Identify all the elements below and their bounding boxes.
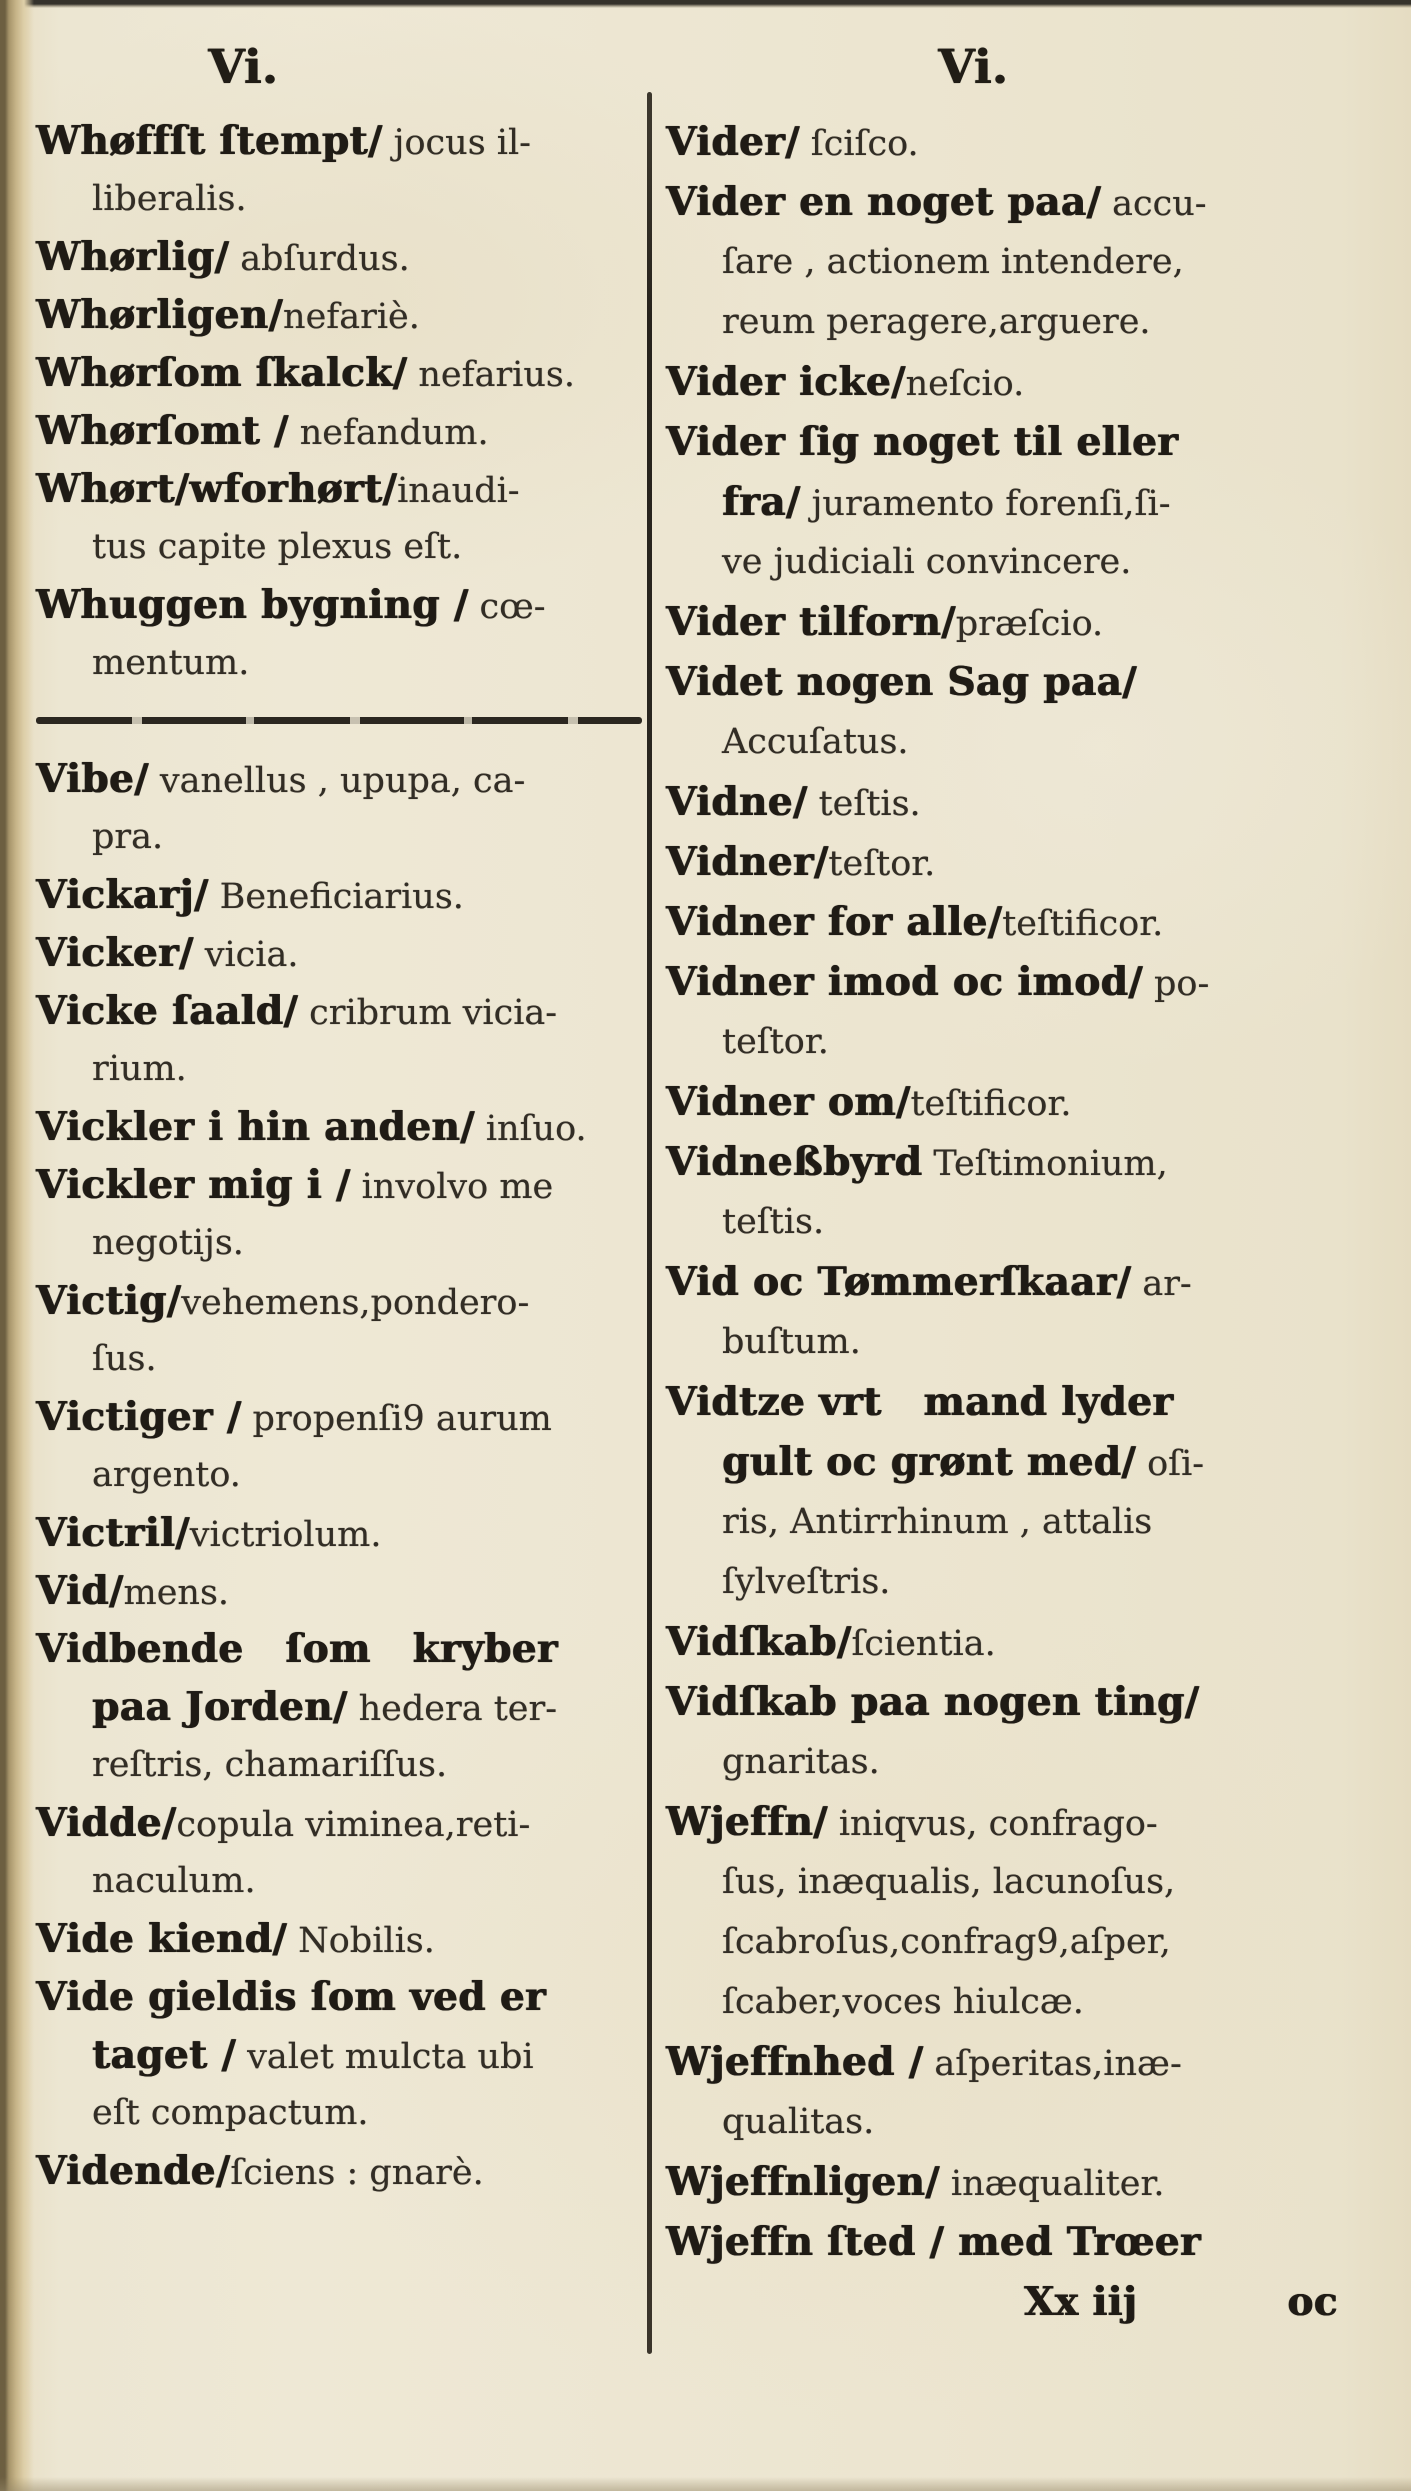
- entry-line: liberalis.: [36, 170, 642, 228]
- entry-line: Wjeffn/ iniqvus, confrago-: [666, 1792, 1406, 1852]
- entry-line: Vidner imod oc imod/ po-: [666, 952, 1406, 1012]
- entry-line: Wjeffnhed / aſperitas,inæ-: [666, 2032, 1406, 2092]
- entry-line: reſtris, chamariſſus.: [36, 1736, 642, 1794]
- latin-gloss-text: gnaritas.: [722, 1742, 880, 1782]
- entry-line: tus capite plexus eſt.: [36, 518, 642, 576]
- headword-text: Vidde/: [36, 1800, 176, 1846]
- latin-gloss-text: teſtificor.: [910, 1084, 1071, 1124]
- headword-text: Wjeffnligen/: [666, 2159, 940, 2205]
- entry-line: Vider ſig noget til eller: [666, 412, 1406, 472]
- entry-line: ſcabroſus,confrag9,aſper,: [666, 1912, 1406, 1972]
- latin-gloss-text: hedera ter-: [347, 1689, 557, 1729]
- headword-text: Wjeffnhed /: [666, 2039, 923, 2085]
- scan-top-edge: [0, 0, 1411, 8]
- entry-line: Whørſomt / nefandum.: [36, 402, 642, 460]
- entry-line: Whørlig/ abſurdus.: [36, 228, 642, 286]
- latin-gloss-text: nefariè.: [283, 297, 420, 337]
- entry-line: Whuggen bygning / cœ-: [36, 576, 642, 634]
- entry-line: gnaritas.: [666, 1732, 1406, 1792]
- headword-text: fra/: [722, 479, 800, 525]
- headword-text: Victig/: [36, 1278, 181, 1324]
- headword-text: Vidſkab/: [666, 1619, 851, 1665]
- latin-gloss-text: ris, Antirrhinum , attalis: [722, 1502, 1152, 1542]
- entry-line: naculum.: [36, 1852, 642, 1910]
- latin-gloss-text: jocus il-: [383, 123, 532, 163]
- headword-text: Vider en noget paa/: [666, 179, 1101, 225]
- latin-gloss-text: Beneficiarius.: [209, 877, 464, 917]
- headword-text: oc: [1287, 2279, 1338, 2325]
- entry-line: Vicker/ vicia.: [36, 924, 642, 982]
- entry-line: Wjeffnligen/ inæqualiter.: [666, 2152, 1406, 2212]
- headword-text: Vider/: [666, 119, 800, 165]
- entry-line: ſus, inæqualis, lacunoſus,: [666, 1852, 1406, 1912]
- latin-gloss-text: buſtum.: [722, 1322, 861, 1362]
- headword-text: Whørſom ſkalck/: [36, 350, 407, 396]
- headword-text: Vider tilforn/: [666, 599, 956, 645]
- latin-gloss-text: oſi-: [1136, 1444, 1204, 1484]
- entry-line: Whørſom ſkalck/ nefarius.: [36, 344, 642, 402]
- latin-gloss-text: teſtificor.: [1002, 904, 1163, 944]
- latin-gloss-text: teſtis.: [807, 784, 920, 824]
- entry-line: Vibe/ vanellus , upupa, ca-: [36, 750, 642, 808]
- entry-line: negotijs.: [36, 1214, 642, 1272]
- headword-text: Vidſkab paa nogen ting/: [666, 1679, 1199, 1725]
- latin-gloss-text: po-: [1143, 964, 1209, 1004]
- latin-gloss-text: præſcio.: [956, 604, 1103, 644]
- entry-line: rium.: [36, 1040, 642, 1098]
- entry-line: Vide kiend/ Nobilis.: [36, 1910, 642, 1968]
- latin-gloss-text: teſtor.: [722, 1022, 829, 1062]
- section-divider-rule: [36, 692, 642, 750]
- headword-text: Videt nogen Sag paa/: [666, 659, 1137, 705]
- entry-line: ſcaber,voces hiulcæ.: [666, 1972, 1406, 2032]
- entry-line: qualitas.: [666, 2092, 1406, 2152]
- latin-gloss-text: juramento forenſi,ſi-: [800, 484, 1170, 524]
- entry-line: Vickarj/ Beneficiarius.: [36, 866, 642, 924]
- latin-gloss-text: rium.: [92, 1049, 187, 1089]
- entry-line: Vickler mig i / involvo me: [36, 1156, 642, 1214]
- latin-gloss-text: Teſtimonium,: [922, 1144, 1168, 1184]
- entry-line: paa Jorden/ hedera ter-: [36, 1678, 642, 1736]
- left-column: Vi.Whøffſt ſtempt/ jocus il-liberalis.Wh…: [36, 36, 642, 2200]
- entry-line: pra.: [36, 808, 642, 866]
- headword-text: Vide kiend/: [36, 1916, 287, 1962]
- entry-line: taget / valet mulcta ubi: [36, 2026, 642, 2084]
- page-gutter-edge: [0, 0, 34, 2491]
- headword-text: Whørt/wforhørt/: [36, 466, 397, 512]
- latin-gloss-text: ar-: [1131, 1264, 1192, 1304]
- headword-text: Vid oc Tømmerſkaar/: [666, 1259, 1131, 1305]
- latin-gloss-text: liberalis.: [92, 179, 247, 219]
- latin-gloss-text: ſare , actionem intendere,: [722, 242, 1184, 282]
- headword-text: Vidende/: [36, 2148, 230, 2194]
- latin-gloss-text: teſtis.: [722, 1202, 824, 1242]
- latin-gloss-text: mens.: [124, 1573, 230, 1613]
- headword-text: Vider ſig noget til eller: [666, 419, 1178, 465]
- latin-gloss-text: cœ-: [468, 587, 545, 627]
- entry-line: Videt nogen Sag paa/: [666, 652, 1406, 712]
- headword-text: taget /: [92, 2032, 236, 2078]
- headword-text: Xx iij: [1024, 2279, 1137, 2325]
- latin-gloss-text: ſcientia.: [851, 1624, 995, 1664]
- latin-gloss-text: qualitas.: [722, 2102, 874, 2142]
- headword-text: Vidner om/: [666, 1079, 910, 1125]
- headword-text: Vicker/: [36, 930, 194, 976]
- running-head: Vi.: [666, 36, 1406, 112]
- latin-gloss-text: tus capite plexus eſt.: [92, 527, 462, 567]
- latin-gloss-text: mentum.: [92, 643, 249, 683]
- latin-gloss-text: Nobilis.: [287, 1921, 435, 1961]
- entry-line: Vider/ ſciſco.: [666, 112, 1406, 172]
- headword-text: Wjeffn/: [666, 1799, 828, 1845]
- scan-bottom-edge: [0, 2477, 1411, 2491]
- latin-gloss-text: nefarius.: [407, 355, 575, 395]
- headword-text: Victril/: [36, 1510, 190, 1556]
- entry-line: ve judiciali convincere.: [666, 532, 1406, 592]
- entry-line: Vider en noget paa/ accu-: [666, 172, 1406, 232]
- latin-gloss-text: vicia.: [194, 935, 299, 975]
- latin-gloss-text: teſtor.: [828, 844, 935, 884]
- entry-line: Accuſatus.: [666, 712, 1406, 772]
- latin-gloss-text: pra.: [92, 817, 163, 857]
- headword-text: Vidbende ſom kryber: [36, 1626, 558, 1672]
- headword-text: Wjeffn ſted / med Trœer: [666, 2219, 1201, 2265]
- headword-text: Whøffſt ſtempt/: [36, 118, 383, 164]
- latin-gloss-text: ſus, inæqualis, lacunoſus,: [722, 1862, 1175, 1902]
- signature-line: Xx iijoc: [666, 2272, 1406, 2332]
- entry-line: teſtis.: [666, 1192, 1406, 1252]
- entry-line: Vidtze vrt mand lyder: [666, 1372, 1406, 1432]
- latin-gloss-text: eſt compactum.: [92, 2093, 369, 2133]
- headword-text: Vidner/: [666, 839, 828, 885]
- headword-text: Vickarj/: [36, 872, 209, 918]
- headword-text: Vid/: [36, 1568, 124, 1614]
- latin-gloss-text: victriolum.: [190, 1515, 382, 1555]
- entry-line: teſtor.: [666, 1012, 1406, 1072]
- headword-text: Whørſomt /: [36, 408, 289, 454]
- entry-line: Victiger / propenſi9 aurum: [36, 1388, 642, 1446]
- latin-gloss-text: ſcaber,voces hiulcæ.: [722, 1982, 1084, 2022]
- entry-line: mentum.: [36, 634, 642, 692]
- entry-line: Victig/vehemens,pondero-: [36, 1272, 642, 1330]
- latin-gloss-text: iniqvus, confrago-: [828, 1804, 1158, 1844]
- headword-text: Vickler mig i /: [36, 1162, 350, 1208]
- latin-gloss-text: Accuſatus.: [722, 722, 909, 762]
- latin-gloss-text: cribrum vicia-: [298, 993, 557, 1033]
- entry-line: Vidſkab/ſcientia.: [666, 1612, 1406, 1672]
- latin-gloss-text: involvo me: [350, 1167, 553, 1207]
- entry-line: eſt compactum.: [36, 2084, 642, 2142]
- entry-line: Vid oc Tømmerſkaar/ ar-: [666, 1252, 1406, 1312]
- headword-text: Vidne/: [666, 779, 807, 825]
- latin-gloss-text: naculum.: [92, 1861, 256, 1901]
- entry-line: gult oc grønt med/ oſi-: [666, 1432, 1406, 1492]
- latin-gloss-text: inaudi-: [397, 471, 520, 511]
- headword-text: Whørlig/: [36, 234, 229, 280]
- latin-gloss-text: valet mulcta ubi: [236, 2037, 534, 2077]
- entry-line: Vidſkab paa nogen ting/: [666, 1672, 1406, 1732]
- entry-line: Vidneßbyrd Teſtimonium,: [666, 1132, 1406, 1192]
- entry-line: Vidbende ſom kryber: [36, 1620, 642, 1678]
- entry-line: Vidner om/teſtificor.: [666, 1072, 1406, 1132]
- headword-text: Vidner imod oc imod/: [666, 959, 1143, 1005]
- latin-gloss-text: aſperitas,inæ-: [923, 2044, 1181, 2084]
- entry-line: Wjeffn ſted / med Trœer: [666, 2212, 1406, 2272]
- latin-gloss-text: abſurdus.: [229, 239, 410, 279]
- latin-gloss-text: ſcabroſus,confrag9,aſper,: [722, 1922, 1171, 1962]
- latin-gloss-text: accu-: [1101, 184, 1207, 224]
- latin-gloss-text: vehemens,pondero-: [181, 1283, 529, 1323]
- headword-text: Vickler i hin anden/: [36, 1104, 475, 1150]
- book-page-scan: Vi.Whøffſt ſtempt/ jocus il-liberalis.Wh…: [0, 0, 1411, 2491]
- entry-line: ſare , actionem intendere,: [666, 232, 1406, 292]
- headword-text: Whuggen bygning /: [36, 582, 468, 628]
- right-column: Vi.Vider/ ſciſco.Vider en noget paa/ acc…: [666, 36, 1406, 2332]
- headword-text: Whørligen/: [36, 292, 283, 338]
- latin-gloss-text: ſciens : gnarè.: [230, 2153, 483, 2193]
- latin-gloss-text: propenſi9 aurum: [241, 1399, 551, 1439]
- entry-line: Vicke ſaald/ cribrum vicia-: [36, 982, 642, 1040]
- entry-line: ſus.: [36, 1330, 642, 1388]
- entry-line: Vid/mens.: [36, 1562, 642, 1620]
- entry-line: Whørligen/nefariè.: [36, 286, 642, 344]
- latin-gloss-text: ſylveſtris.: [722, 1562, 890, 1602]
- headword-text: Vidtze vrt mand lyder: [666, 1379, 1173, 1425]
- entry-line: Vickler i hin anden/ inſuo.: [36, 1098, 642, 1156]
- column-divider-rule: [647, 92, 652, 2354]
- latin-gloss-text: copula viminea,reti-: [176, 1805, 530, 1845]
- headword-text: Vidneßbyrd: [666, 1139, 922, 1185]
- entry-line: Vidner for alle/teſtificor.: [666, 892, 1406, 952]
- latin-gloss-text: negotijs.: [92, 1223, 244, 1263]
- latin-gloss-text: vanellus , upupa, ca-: [149, 761, 526, 801]
- headword-text: Vibe/: [36, 756, 149, 802]
- entry-line: Vidende/ſciens : gnarè.: [36, 2142, 642, 2200]
- headword-text: paa Jorden/: [92, 1684, 347, 1730]
- entry-line: argento.: [36, 1446, 642, 1504]
- entry-line: Vidde/copula viminea,reti-: [36, 1794, 642, 1852]
- latin-gloss-text: ve judiciali convincere.: [722, 542, 1131, 582]
- latin-gloss-text: inæqualiter.: [940, 2164, 1165, 2204]
- entry-line: Vider tilforn/præſcio.: [666, 592, 1406, 652]
- entry-line: buſtum.: [666, 1312, 1406, 1372]
- entry-line: Whørt/wforhørt/inaudi-: [36, 460, 642, 518]
- headword-text: Victiger /: [36, 1394, 241, 1440]
- entry-line: fra/ juramento forenſi,ſi-: [666, 472, 1406, 532]
- entry-line: Vidne/ teſtis.: [666, 772, 1406, 832]
- headword-text: Vider icke/: [666, 359, 906, 405]
- entry-line: Vidner/teſtor.: [666, 832, 1406, 892]
- latin-gloss-text: neſcio.: [906, 364, 1025, 404]
- headword-text: gult oc grønt med/: [722, 1439, 1136, 1485]
- entry-line: Vide gieldis ſom ved er: [36, 1968, 642, 2026]
- headword-text: Vide gieldis ſom ved er: [36, 1974, 546, 2020]
- latin-gloss-text: ſus.: [92, 1339, 157, 1379]
- headword-text: Vicke ſaald/: [36, 988, 298, 1034]
- latin-gloss-text: reſtris, chamariſſus.: [92, 1745, 447, 1785]
- running-head: Vi.: [36, 36, 642, 112]
- latin-gloss-text: argento.: [92, 1455, 241, 1495]
- entry-line: Victril/victriolum.: [36, 1504, 642, 1562]
- entry-line: reum peragere,arguere.: [666, 292, 1406, 352]
- entry-line: Whøffſt ſtempt/ jocus il-: [36, 112, 642, 170]
- entry-line: ſylveſtris.: [666, 1552, 1406, 1612]
- entry-line: Vider icke/neſcio.: [666, 352, 1406, 412]
- latin-gloss-text: reum peragere,arguere.: [722, 302, 1151, 342]
- entry-line: ris, Antirrhinum , attalis: [666, 1492, 1406, 1552]
- headword-text: Vidner for alle/: [666, 899, 1002, 945]
- latin-gloss-text: ſciſco.: [800, 124, 919, 164]
- latin-gloss-text: nefandum.: [289, 413, 489, 453]
- latin-gloss-text: inſuo.: [475, 1109, 587, 1149]
